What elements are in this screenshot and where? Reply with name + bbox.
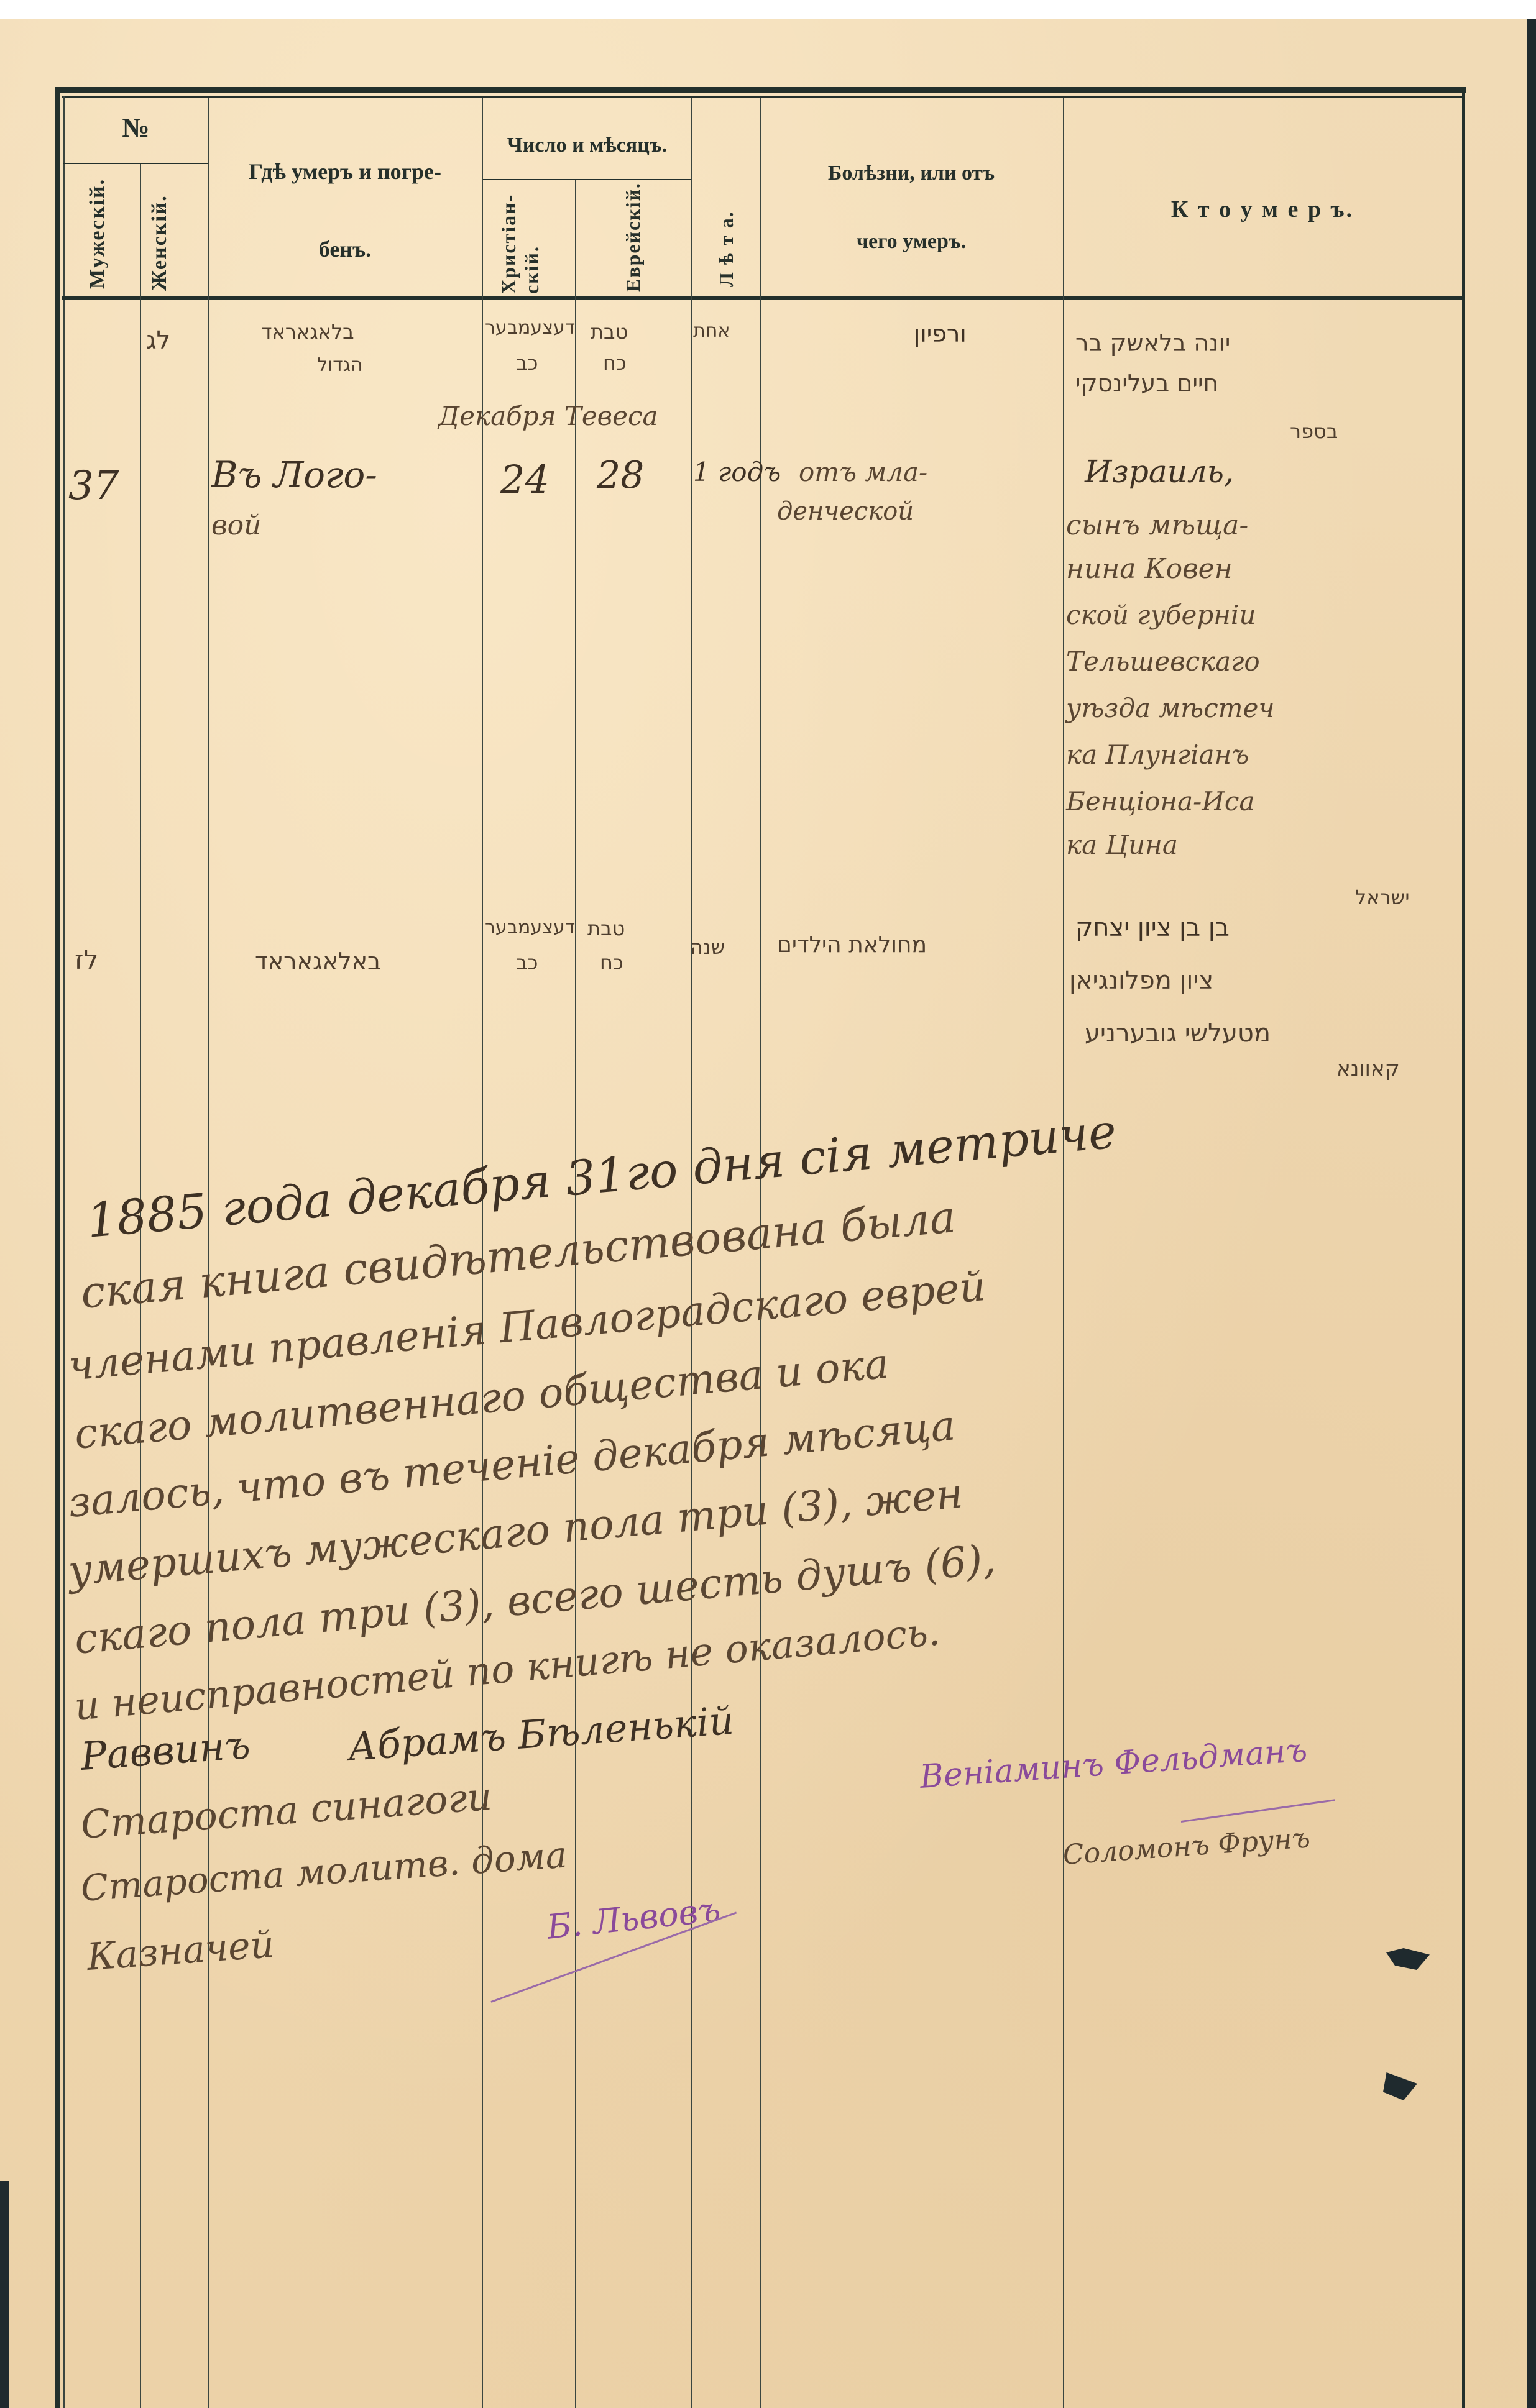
signature-name: Соломонъ Фрунъ (1062, 1822, 1311, 1871)
col-line-where (208, 98, 209, 2408)
signature-name: Абрамъ Бѣленькій (346, 1698, 735, 1770)
scan-background-edge (0, 2181, 9, 2408)
signature-role: Староста молитв. дома (80, 1833, 569, 1910)
signature-role: Раввинъ (79, 1722, 251, 1779)
entry1-where: בלאגאראד (261, 320, 354, 344)
paper-hole (1383, 2072, 1417, 2100)
entry1-who-line2: חיים בעלינסקי (1075, 370, 1218, 397)
entry1-christian-date: דעצעמבער (485, 317, 575, 339)
scan-background-edge (1527, 19, 1536, 2408)
entry3-where: באלאגאראד (255, 948, 381, 975)
signature-name: Б. Львовъ (545, 1890, 722, 1947)
signature-role: Староста синагоги (79, 1774, 493, 1847)
entry3-cause: מחולאת הילדים (777, 932, 927, 958)
entry3-who-line5: קאוונא (1336, 1056, 1400, 1081)
entry1-age: אחת (693, 320, 730, 342)
entry3-who-line1: ישראל (1355, 886, 1409, 909)
entry2-who-line9: ка Цина (1066, 830, 1178, 860)
entry2-who-line1: Израиль, (1085, 454, 1234, 490)
table-top-rule (62, 96, 1464, 98)
entry1-who-line3: בספר (1290, 419, 1338, 443)
header-number: № (63, 112, 208, 144)
entry2-male-number: 37 (68, 463, 119, 509)
entry1-who-line1: יונה בלאשק בר (1075, 329, 1230, 357)
entry2-where-line1: Въ Лого- (211, 454, 377, 496)
header-cause-line2: чего умеръ. (760, 230, 1063, 254)
header-who: К т о у м е р ъ. (1063, 196, 1462, 223)
header-where-line1: Гдѣ умеръ и погре- (208, 158, 482, 185)
header-cause-line1: Болѣзни, или отъ (760, 162, 1063, 185)
signature-name: Веніаминъ Фельдманъ (919, 1732, 1308, 1796)
signature-flourish (1181, 1799, 1335, 1823)
table-left-border (55, 87, 60, 2408)
table-top-border (55, 87, 1466, 93)
number-subheader-rule (63, 163, 208, 164)
entry1-where-2: הגדול (317, 354, 363, 376)
header-female: Женскій. (148, 179, 172, 291)
header-where-line2: бенъ. (208, 236, 482, 262)
entry3-christian-date: דעצעמבער (485, 917, 575, 938)
entry2-who-line5: Тельшевскаго (1066, 646, 1260, 677)
entry2-month: Декабря Тевеса (438, 401, 658, 431)
entry2-who-line2: сынъ мѣща- (1066, 510, 1248, 541)
header-date: Число и мѣсяцъ. (483, 134, 691, 157)
entry2-who-line7: ка Плунгіанъ (1066, 739, 1249, 770)
entry3-male-number: לז (75, 945, 98, 975)
header-bottom-border (62, 296, 1464, 300)
entry1-jewish-day: כח (603, 351, 627, 375)
entry2-who-line8: Бенціона-Иса (1066, 786, 1255, 817)
header-christian: Христіан-скій. (497, 191, 553, 294)
header-jewish: Еврейскій. (622, 190, 645, 292)
entry3-who-line4: מטעלשי גובערניע (1085, 1019, 1271, 1048)
entry2-who-line3: нина Ковен (1066, 553, 1233, 585)
entry3-jewish-day: כח (600, 951, 623, 974)
paper-hole (1386, 1948, 1430, 1970)
col-line-christian-jewish (575, 180, 576, 2408)
document-page: № Мужескій. Женскій. Гдѣ умеръ и погре- … (0, 19, 1536, 2408)
signature-role: Казначей (86, 1923, 276, 1979)
entry2-age: 1 годъ (693, 457, 781, 487)
col-line-who (1063, 98, 1064, 2408)
entry2-cause-line1: отъ мла- (799, 457, 927, 487)
table-right-border (1462, 88, 1465, 2408)
table-left-rule (63, 96, 65, 2408)
entry2-who-line6: уѣзда мѣстеч (1066, 693, 1275, 723)
entry1-female-number: לג (146, 326, 170, 355)
entry3-christian-day: כב (516, 951, 538, 974)
entry3-age: שנה (690, 935, 725, 959)
entry1-christian-day: כב (516, 351, 538, 375)
entry2-christian-day: 24 (500, 457, 550, 502)
entry3-jewish-date: טבת (587, 917, 625, 940)
entry2-jewish-day: 28 (597, 454, 644, 497)
entry3-who-line2: בן בן ציון יצחק (1075, 913, 1230, 942)
header-age: Л ѣ т а. (715, 181, 738, 287)
date-subheader-rule (483, 179, 691, 180)
entry3-who-line3: ציון מפלונגיאן (1069, 966, 1213, 995)
entry1-cause: ורפיון (914, 320, 967, 347)
entry2-cause-line2: денческой (777, 497, 914, 526)
entry1-jewish-date: טבת (591, 320, 628, 344)
entry2-who-line4: ской губерніи (1066, 600, 1256, 630)
entry2-where-line2: вой (211, 510, 261, 541)
header-male: Мужескій. (86, 174, 109, 289)
